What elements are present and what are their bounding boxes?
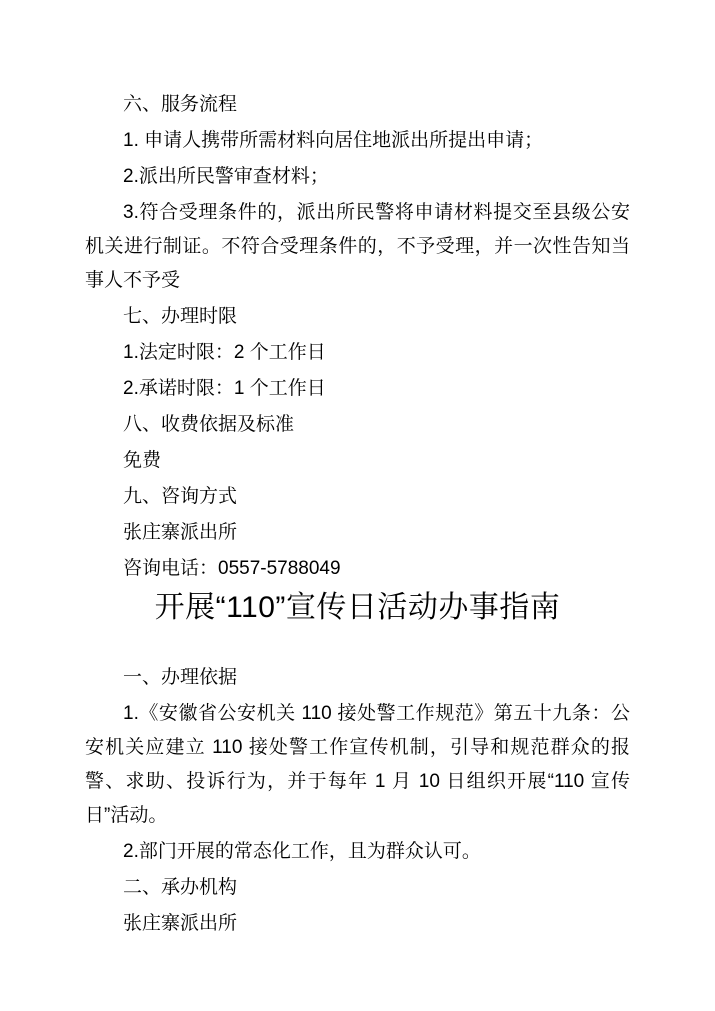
service-process-heading: 六、服务流程 <box>85 88 630 122</box>
agency-heading: 二、承办机构 <box>85 871 630 905</box>
time-limit-heading: 七、办理时限 <box>85 300 630 334</box>
fee-value: 免费 <box>85 444 630 478</box>
agency-name: 张庄寨派出所 <box>85 907 630 941</box>
basis-item-2: 2.部门开展的常态化工作，且为群众认可。 <box>85 835 630 869</box>
statutory-time-limit: 1.法定时限：2 个工作日 <box>85 336 630 370</box>
service-step-3: 3.符合受理条件的，派出所民警将申请材料提交至县级公安机关进行制证。不符合受理条… <box>85 196 630 298</box>
consult-phone: 咨询电话：0557-5788049 <box>85 552 630 586</box>
document-page: 六、服务流程 1. 申请人携带所需材料向居住地派出所提出申请； 2.派出所民警审… <box>0 0 715 1011</box>
promised-time-limit: 2.承诺时限：1 个工作日 <box>85 372 630 406</box>
basis-heading: 一、办理依据 <box>85 661 630 695</box>
consult-org: 张庄寨派出所 <box>85 516 630 550</box>
service-step-2: 2.派出所民警审查材料； <box>85 160 630 194</box>
consult-heading: 九、咨询方式 <box>85 480 630 514</box>
fee-heading: 八、收费依据及标准 <box>85 408 630 442</box>
basis-item-1: 1.《安徽省公安机关 110 接处警工作规范》第五十九条：公安机关应建立 110… <box>85 697 630 833</box>
service-step-1: 1. 申请人携带所需材料向居住地派出所提出申请； <box>85 124 630 158</box>
guide-title: 开展“110”宣传日活动办事指南 <box>85 588 630 628</box>
